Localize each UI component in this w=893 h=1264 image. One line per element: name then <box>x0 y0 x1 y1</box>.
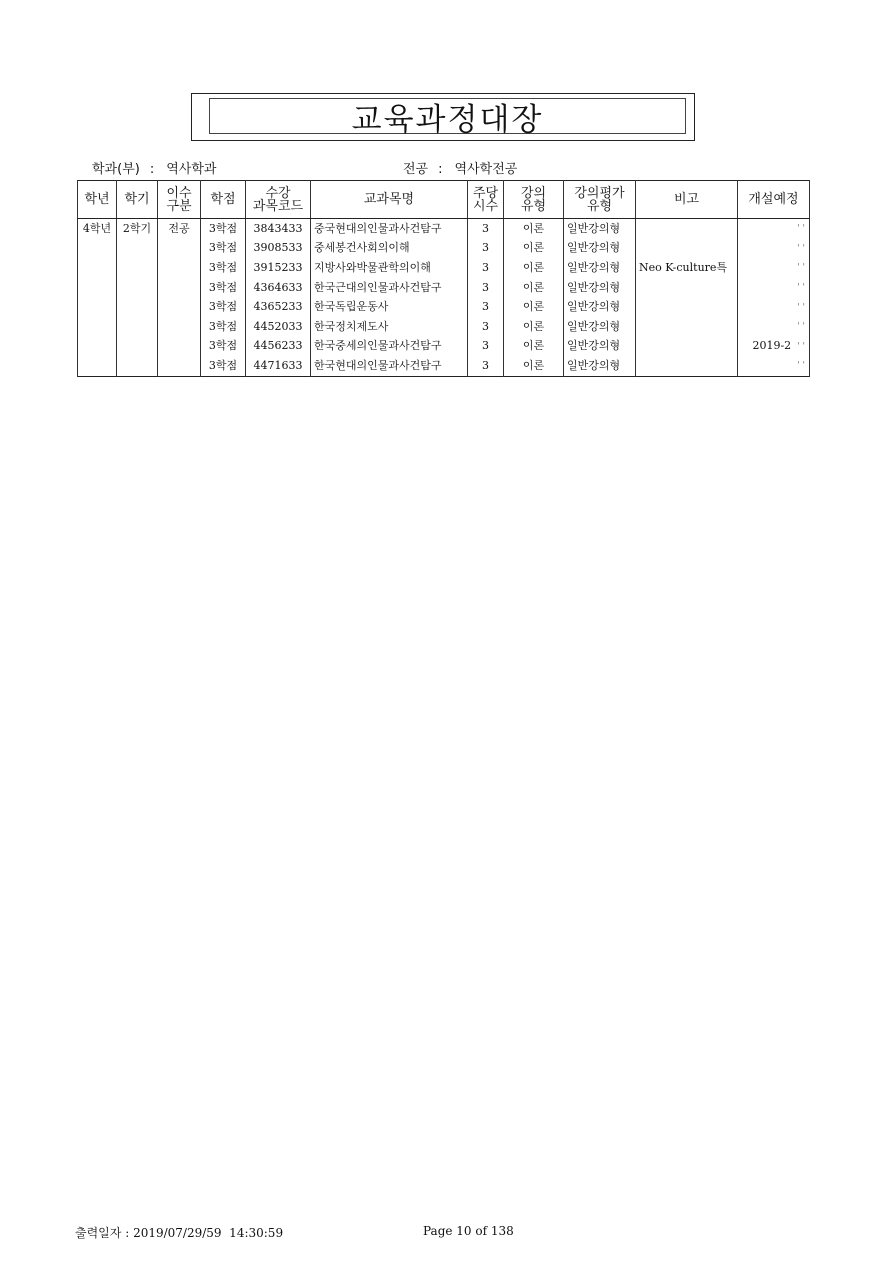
cell-course-code: 3843433 <box>246 219 311 239</box>
cell-remarks <box>636 297 738 317</box>
header-course-code: 수강과목코드 <box>246 181 311 219</box>
cell-weekly-hours: 3 <box>468 317 504 337</box>
cell-course-name: 중세봉건사회의이해 <box>311 239 468 259</box>
curriculum-table: 학년 학기 이수구분 학점 수강과목코드 교과목명 주당시수 강의유형 강의평가… <box>77 180 810 377</box>
planned-value: 2019-2 <box>752 339 791 352</box>
cell-course-name: 한국정치제도사 <box>311 317 468 337</box>
cell-credits: 3학점 <box>201 278 246 298</box>
table-body: 4학년2학기전공3학점3843433중국현대의인물과사건탐구3이론일반강의형' … <box>78 219 810 377</box>
cell-weekly-hours: 3 <box>468 297 504 317</box>
cell-planned: 2019-2' ' <box>738 337 810 357</box>
cell-lecture-type: 이론 <box>504 278 564 298</box>
cell-planned: ' ' <box>738 297 810 317</box>
cell-weekly-hours: 3 <box>468 278 504 298</box>
cell-evaluation-type: 일반강의형 <box>564 219 636 239</box>
cell-weekly-hours: 3 <box>468 337 504 357</box>
print-date-value: 2019/07/29/59 14:30:59 <box>133 1226 283 1240</box>
cell-course-code: 3908533 <box>246 239 311 259</box>
planned-marks: ' ' <box>797 283 805 293</box>
planned-marks: ' ' <box>797 303 805 313</box>
planned-marks: ' ' <box>797 322 805 332</box>
cell-lecture-type: 이론 <box>504 239 564 259</box>
cell-evaluation-type: 일반강의형 <box>564 297 636 317</box>
major-label: 전공 <box>403 162 428 177</box>
cell-evaluation-type: 일반강의형 <box>564 317 636 337</box>
cell-planned: ' ' <box>738 258 810 278</box>
page-number: Page 10 of 138 <box>423 1224 514 1238</box>
header-semester: 학기 <box>117 181 158 219</box>
department-value: 역사학과 <box>166 162 216 177</box>
cell-planned: ' ' <box>738 317 810 337</box>
cell-course-code: 4471633 <box>246 356 311 376</box>
cell-course-code: 3915233 <box>246 258 311 278</box>
planned-marks: ' ' <box>797 224 805 234</box>
cell-credits: 3학점 <box>201 239 246 259</box>
cell-remarks <box>636 239 738 259</box>
cell-planned: ' ' <box>738 239 810 259</box>
cell-evaluation-type: 일반강의형 <box>564 337 636 357</box>
cell-course-name: 한국중세의인물과사건탐구 <box>311 337 468 357</box>
cell-course-name: 한국독립운동사 <box>311 297 468 317</box>
cell-remarks <box>636 317 738 337</box>
cell-remarks <box>636 356 738 376</box>
header-course-name: 교과목명 <box>311 181 468 219</box>
planned-marks: ' ' <box>797 263 805 273</box>
department-label: 학과(부) <box>92 162 140 177</box>
document-title-frame: 교육과정대장 <box>191 93 695 141</box>
cell-lecture-type: 이론 <box>504 356 564 376</box>
header-lecture-type: 강의유형 <box>504 181 564 219</box>
department-info: 학과(부):역사학과 <box>92 158 216 177</box>
header-evaluation-type: 강의평가유형 <box>564 181 636 219</box>
cell-weekly-hours: 3 <box>468 258 504 278</box>
cell-evaluation-type: 일반강의형 <box>564 356 636 376</box>
cell-credits: 3학점 <box>201 317 246 337</box>
header-category: 이수구분 <box>158 181 201 219</box>
cell-semester: 2학기 <box>117 219 158 377</box>
cell-planned: ' ' <box>738 278 810 298</box>
table-row: 4학년2학기전공3학점3843433중국현대의인물과사건탐구3이론일반강의형' … <box>78 219 810 239</box>
cell-evaluation-type: 일반강의형 <box>564 258 636 278</box>
cell-credits: 3학점 <box>201 356 246 376</box>
cell-evaluation-type: 일반강의형 <box>564 278 636 298</box>
print-date-label: 출력일자 <box>75 1226 121 1240</box>
header-remarks: 비고 <box>636 181 738 219</box>
header-planned: 개설예정 <box>738 181 810 219</box>
cell-lecture-type: 이론 <box>504 258 564 278</box>
cell-course-name: 지방사와박물관학의이해 <box>311 258 468 278</box>
major-separator: : <box>438 162 442 177</box>
planned-marks: ' ' <box>797 342 805 352</box>
cell-course-code: 4365233 <box>246 297 311 317</box>
cell-evaluation-type: 일반강의형 <box>564 239 636 259</box>
cell-course-name: 중국현대의인물과사건탐구 <box>311 219 468 239</box>
cell-credits: 3학점 <box>201 219 246 239</box>
cell-course-name: 한국현대의인물과사건탐구 <box>311 356 468 376</box>
cell-remarks: Neo K-culture특 <box>636 258 738 278</box>
cell-year: 4학년 <box>78 219 117 377</box>
cell-lecture-type: 이론 <box>504 297 564 317</box>
table-header-row: 학년 학기 이수구분 학점 수강과목코드 교과목명 주당시수 강의유형 강의평가… <box>78 181 810 219</box>
header-year: 학년 <box>78 181 117 219</box>
cell-weekly-hours: 3 <box>468 219 504 239</box>
cell-weekly-hours: 3 <box>468 239 504 259</box>
major-value: 역사학전공 <box>455 162 518 177</box>
document-title-inner-frame: 교육과정대장 <box>209 98 686 134</box>
cell-planned: ' ' <box>738 356 810 376</box>
cell-course-code: 4452033 <box>246 317 311 337</box>
cell-course-code: 4364633 <box>246 278 311 298</box>
cell-course-name: 한국근대의인물과사건탐구 <box>311 278 468 298</box>
planned-marks: ' ' <box>797 361 805 371</box>
header-weekly-hours: 주당시수 <box>468 181 504 219</box>
cell-remarks <box>636 337 738 357</box>
cell-planned: ' ' <box>738 219 810 239</box>
cell-credits: 3학점 <box>201 297 246 317</box>
print-date: 출력일자 : 2019/07/29/59 14:30:59 <box>75 1224 283 1241</box>
document-title: 교육과정대장 <box>352 94 544 139</box>
cell-lecture-type: 이론 <box>504 317 564 337</box>
print-date-separator: : <box>125 1226 129 1240</box>
cell-remarks <box>636 219 738 239</box>
department-separator: : <box>150 162 154 177</box>
cell-course-code: 4456233 <box>246 337 311 357</box>
cell-remarks <box>636 278 738 298</box>
planned-marks: ' ' <box>797 244 805 254</box>
cell-lecture-type: 이론 <box>504 337 564 357</box>
major-info: 전공:역사학전공 <box>403 158 517 177</box>
cell-credits: 3학점 <box>201 337 246 357</box>
cell-category: 전공 <box>158 219 201 377</box>
cell-credits: 3학점 <box>201 258 246 278</box>
header-credits: 학점 <box>201 181 246 219</box>
cell-weekly-hours: 3 <box>468 356 504 376</box>
cell-lecture-type: 이론 <box>504 219 564 239</box>
